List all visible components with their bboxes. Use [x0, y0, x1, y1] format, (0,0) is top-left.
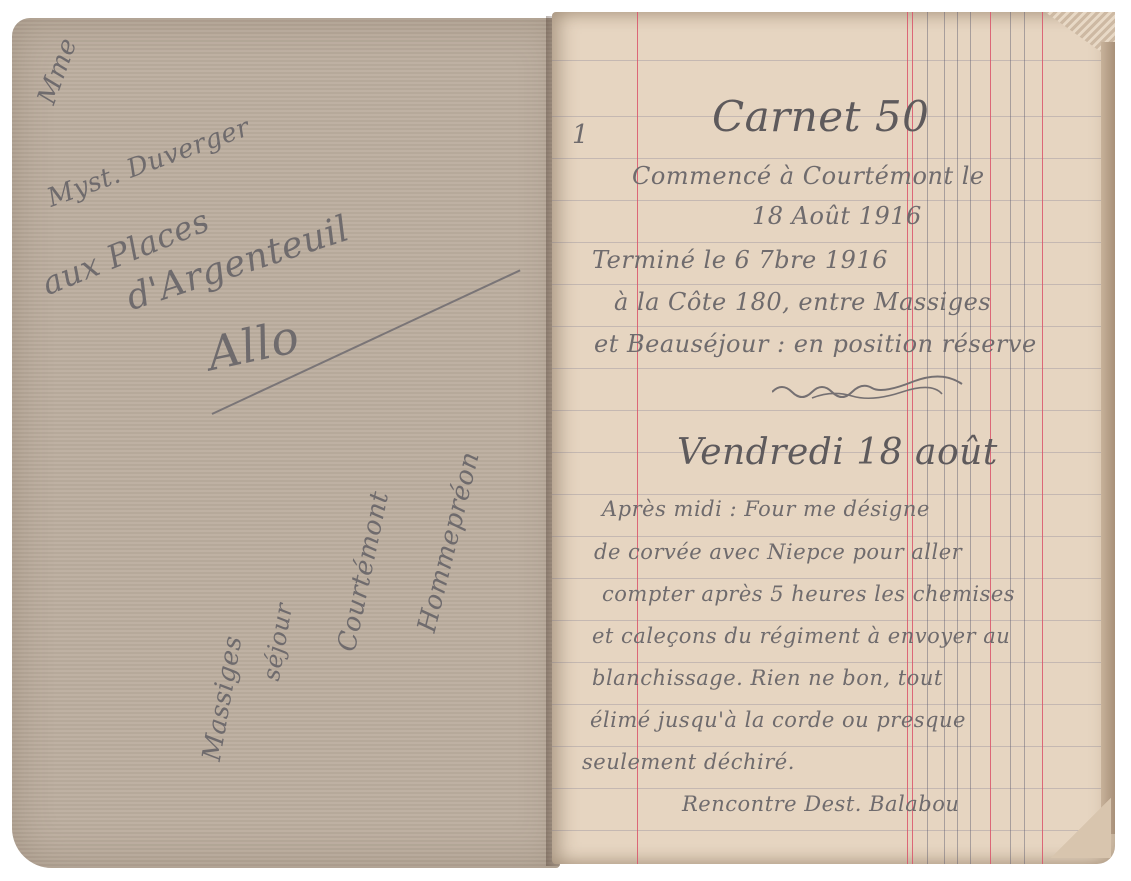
column-line-grey [1024, 12, 1025, 864]
entry-line-6: élimé jusqu'à la corde ou presque [590, 708, 966, 732]
margin-line-red [637, 12, 638, 864]
header-line-2: 18 Août 1916 [752, 202, 922, 230]
entry-heading: Vendredi 18 août [677, 432, 998, 473]
entry-line-3: compter après 5 heures les chemises [602, 582, 1015, 606]
entry-line-7: seulement déchiré. [582, 750, 795, 774]
left-vertical-note-4: Hommepréon [412, 449, 486, 636]
left-vertical-note-3: Courtémont [332, 489, 395, 655]
left-note-line-1: Mme [32, 34, 84, 108]
left-page: Mme Myst. Duverger aux Places d'Argenteu… [12, 18, 560, 868]
left-vertical-note-1: Massiges [197, 633, 249, 763]
entry-line-2: de corvée avec Niepce pour aller [594, 540, 962, 564]
left-note-line-2: Myst. Duverger [43, 112, 254, 213]
right-page: 1 Carnet 50 Commencé à Courtémont le 18 … [552, 12, 1115, 864]
entry-line-5: blanchissage. Rien ne bon, tout [592, 666, 943, 690]
left-note-line-5: Allo [202, 309, 304, 381]
page-number: 1 [572, 120, 589, 150]
header-line-5: et Beauséjour : en position réserve [594, 330, 1037, 358]
bottom-corner-fold [1051, 798, 1111, 858]
entry-line-8: Rencontre Dest. Balabou [682, 792, 959, 816]
left-vertical-note-2: séjour [257, 601, 298, 683]
notebook-title: Carnet 50 [712, 92, 929, 141]
page-edge [1101, 42, 1115, 834]
column-line-red [1042, 12, 1043, 864]
entry-line-4: et caleçons du régiment à envoyer au [592, 624, 1010, 648]
column-line-grey [1010, 12, 1011, 864]
header-line-3: Terminé le 6 7bre 1916 [592, 246, 888, 274]
entry-line-1: Après midi : Four me désigne [602, 497, 930, 521]
decorative-squiggle-icon [772, 370, 972, 400]
header-line-4: à la Côte 180, entre Massiges [614, 288, 991, 316]
header-line-1: Commencé à Courtémont le [632, 162, 985, 190]
